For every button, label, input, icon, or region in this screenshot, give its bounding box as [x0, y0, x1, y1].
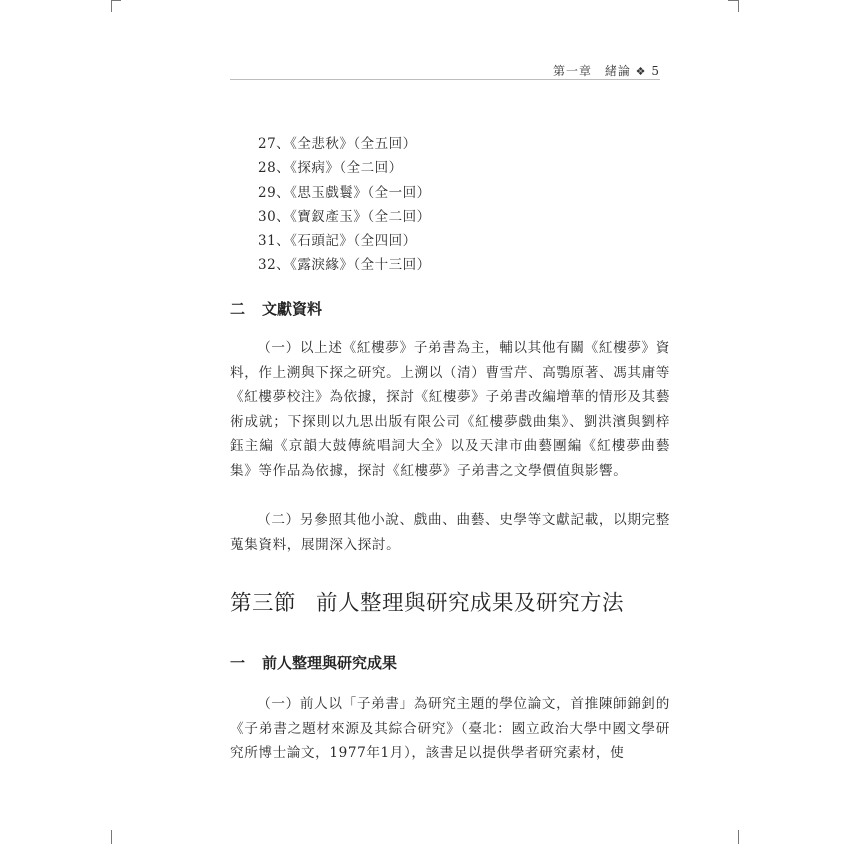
list-item: 29、《思玉戲鬟》（全一回） — [258, 181, 431, 205]
page-number: 5 — [651, 64, 660, 78]
crop-mark-top-right-h — [728, 0, 738, 1]
crop-mark-bottom-left — [111, 830, 112, 844]
subsection-number: 一 — [230, 652, 262, 673]
paragraph: （一）前人以「子弟書」為研究主題的學位論文，首推陳師錦釗的《子弟書之題材來源及其… — [230, 692, 670, 766]
subsection-heading-literature: 二文獻資料 — [230, 298, 322, 319]
crop-mark-top-left-h — [111, 0, 121, 1]
subsection-heading-prior-research: 一前人整理與研究成果 — [230, 652, 397, 673]
list-item: 27、《全悲秋》（全五回） — [258, 132, 431, 156]
crop-mark-bottom-right — [738, 830, 739, 844]
list-item: 30、《寶釵產玉》（全二回） — [258, 205, 431, 229]
section-heading: 第三節前人整理與研究成果及研究方法 — [230, 586, 624, 617]
work-list: 27、《全悲秋》（全五回） 28、《探病》（全二回） 29、《思玉戲鬟》（全一回… — [258, 132, 431, 278]
header-rule — [230, 79, 660, 80]
subsection-title: 前人整理與研究成果 — [262, 654, 397, 672]
header-text: 第一章 緒論 ❖ 5 — [553, 62, 660, 79]
header-chapter: 第一章 — [553, 64, 592, 78]
section-title: 前人整理與研究成果及研究方法 — [316, 591, 624, 616]
paragraph: （二）另參照其他小說、戲曲、曲藝、史學等文獻記載，以期完整蒐集資料，展開深入探討… — [230, 508, 670, 557]
ornament-icon: ❖ — [636, 65, 647, 78]
list-item: 31、《石頭記》（全四回） — [258, 229, 431, 253]
subsection-number: 二 — [230, 298, 262, 319]
subsection-title: 文獻資料 — [262, 300, 322, 318]
crop-mark-top-right — [738, 0, 739, 12]
list-item: 28、《探病》（全二回） — [258, 156, 431, 180]
list-item: 32、《露淚緣》（全十三回） — [258, 253, 431, 277]
header-title: 緒論 — [605, 64, 631, 78]
section-number: 第三節 — [230, 591, 296, 616]
crop-mark-top-left — [111, 0, 112, 12]
running-header: 第一章 緒論 ❖ 5 — [230, 60, 660, 80]
paragraph: （一）以上述《紅樓夢》子弟書為主，輔以其他有關《紅樓夢》資料，作上溯與下探之研究… — [230, 336, 670, 484]
